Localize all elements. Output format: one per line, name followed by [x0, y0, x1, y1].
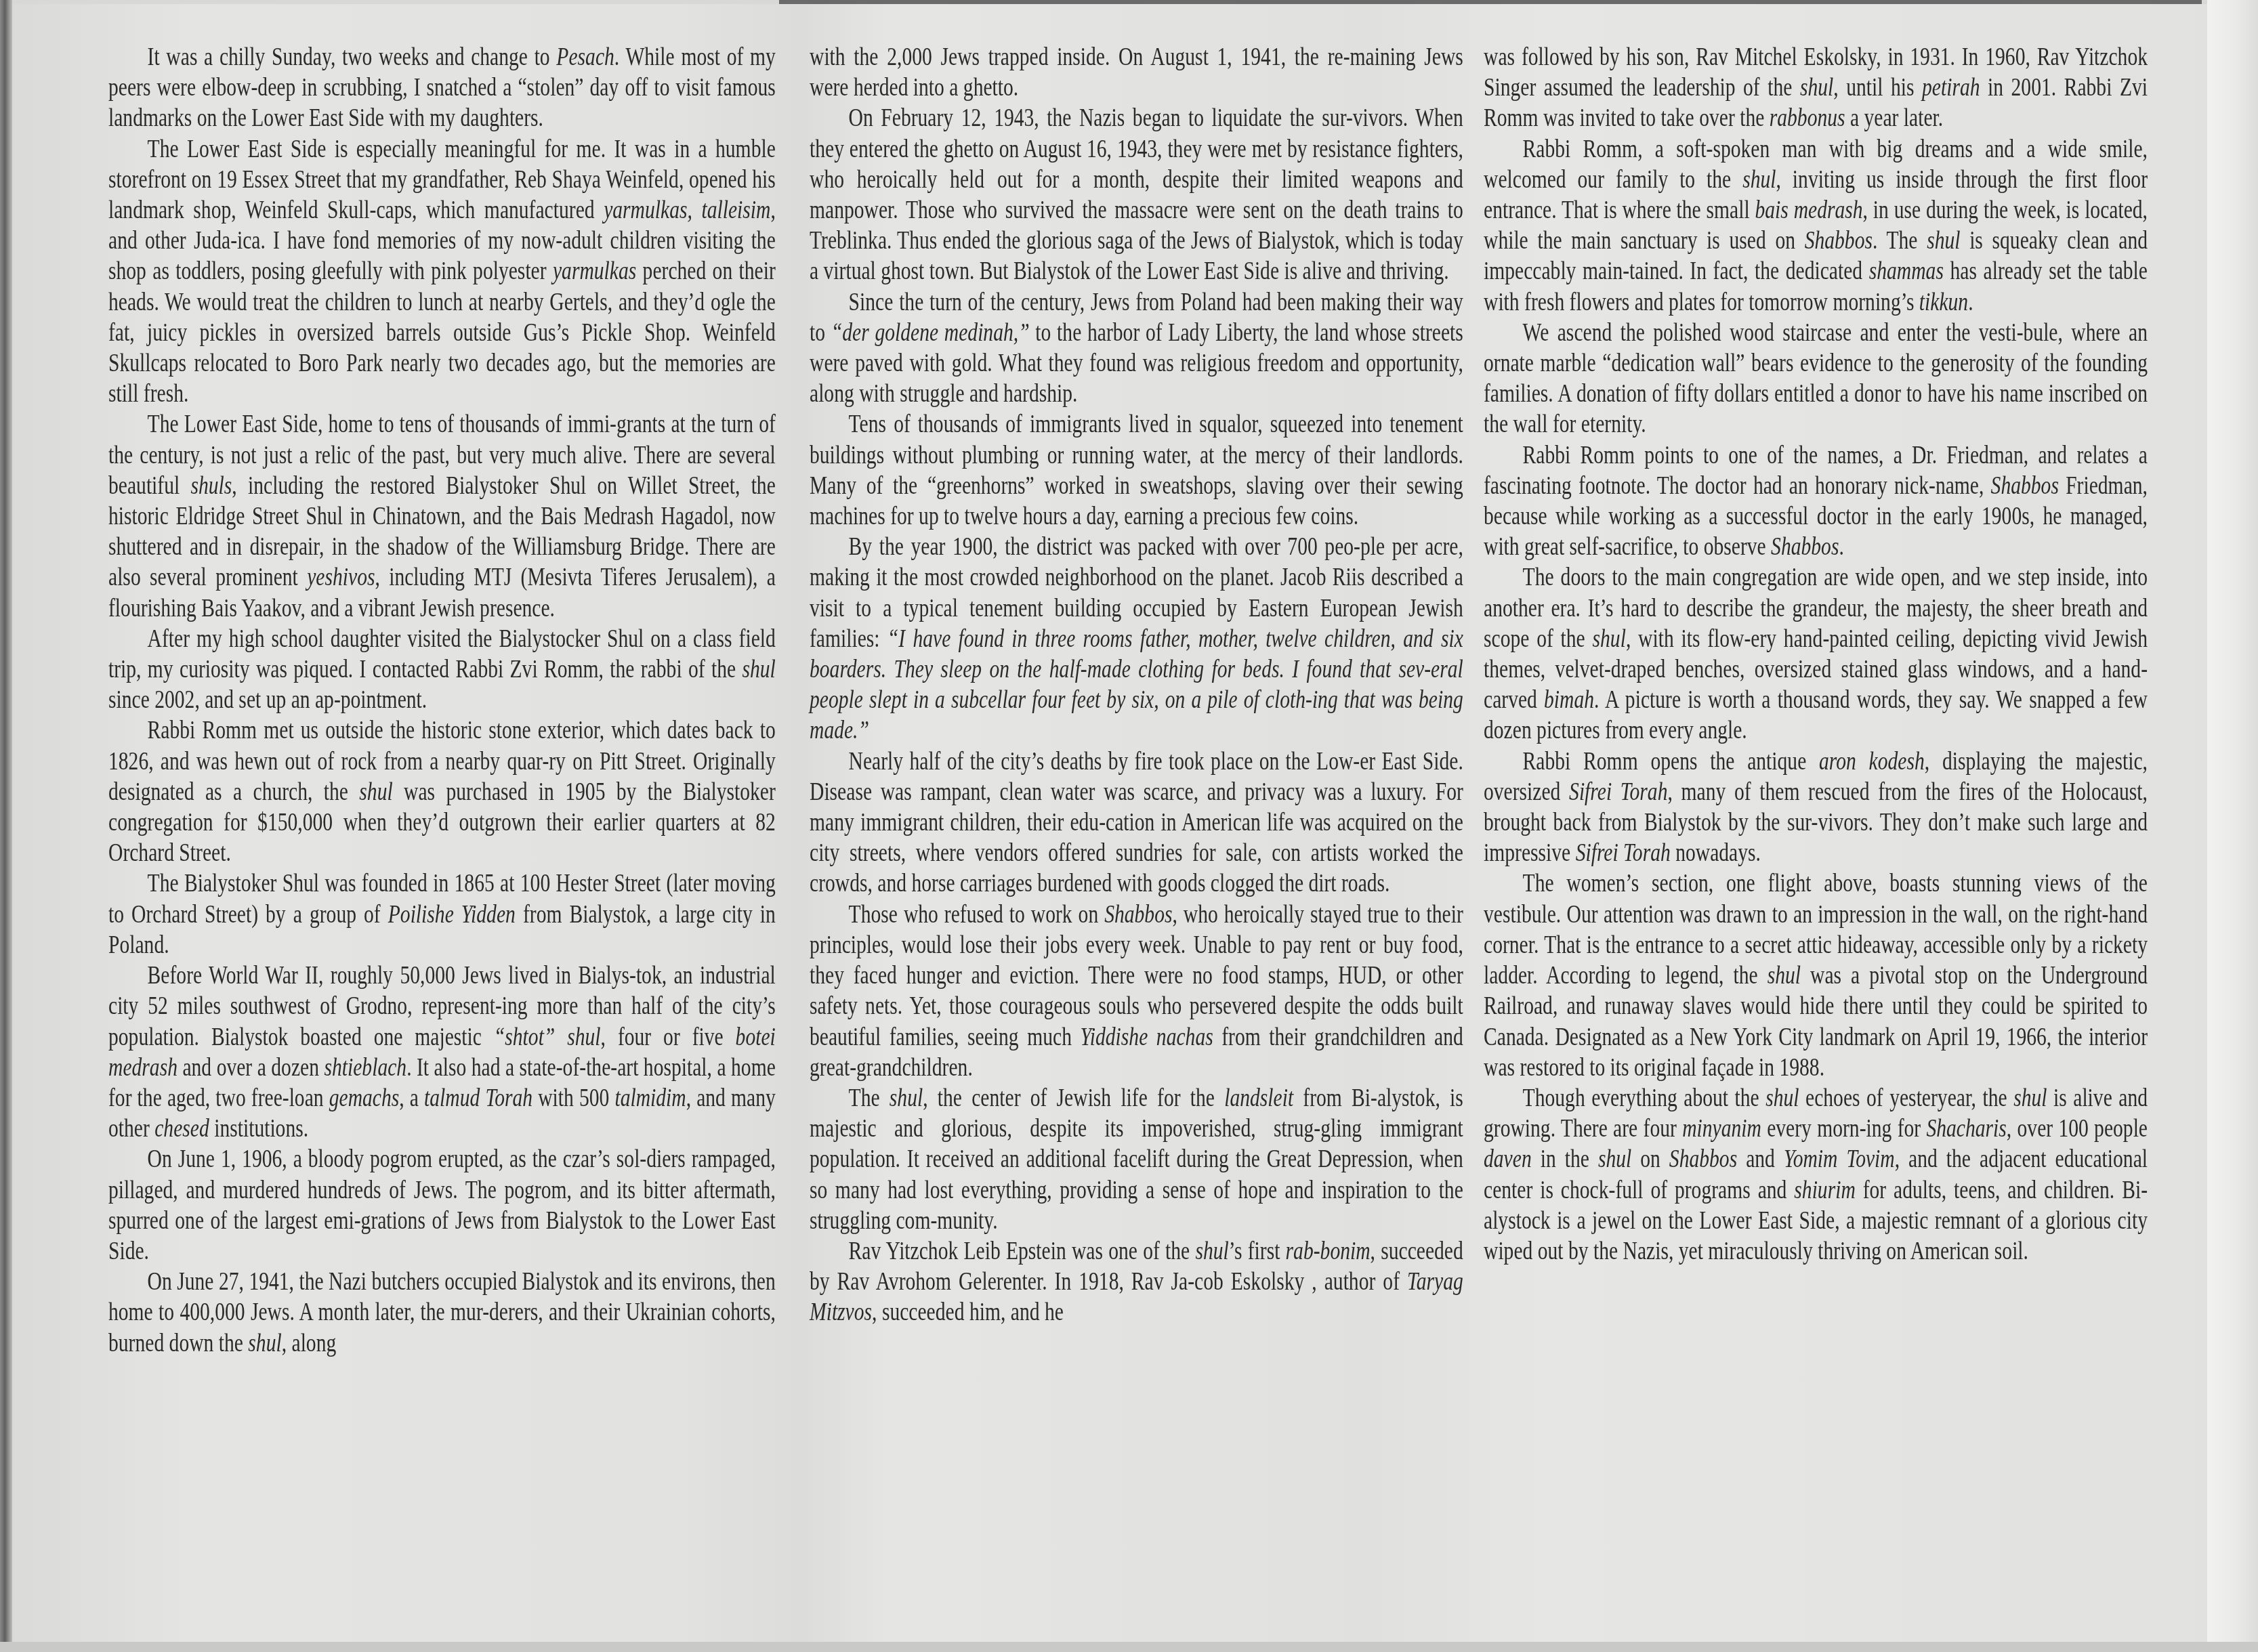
text-run: and — [1737, 1145, 1784, 1173]
italic-term: yeshivos — [307, 564, 375, 591]
article-column-2: with the 2,000 Jews trapped inside. On A… — [810, 42, 1463, 1328]
italic-term: “I have found in three rooms father, mot… — [810, 625, 1463, 745]
text-run: in the — [1532, 1145, 1598, 1173]
italic-term: bimah — [1544, 686, 1594, 714]
italic-term: shul — [742, 656, 775, 683]
text-run: Rav Yitzchok Leib Epstein was one of the — [849, 1237, 1196, 1265]
italic-term: shul — [1927, 227, 1960, 255]
italic-term: shul — [359, 778, 392, 806]
scan-left-edge — [0, 0, 12, 1652]
italic-term: gemachs — [329, 1084, 400, 1112]
italic-term: yarmulkas — [553, 257, 636, 285]
article-paragraph: The doors to the main congregation are w… — [1484, 562, 2148, 746]
italic-term: Yomim Tovim — [1784, 1145, 1895, 1173]
italic-term: Shabbos — [1771, 533, 1839, 561]
italic-term: “der goldene medinah,” — [831, 319, 1030, 347]
text-run: , a — [399, 1084, 424, 1112]
article-paragraph: On June 27, 1941, the Nazi butchers occu… — [108, 1267, 776, 1359]
article-paragraph: Since the turn of the century, Jews from… — [810, 287, 1463, 410]
text-run: , succeeded him, and he — [872, 1298, 1064, 1326]
text-run: Those who refused to work on — [849, 901, 1105, 929]
text-run: with 500 — [532, 1084, 614, 1112]
italic-term: landsleit — [1224, 1084, 1293, 1112]
text-run: , the center of Jewish life for the — [923, 1084, 1224, 1112]
text-run: We ascend the polished wood staircase an… — [1484, 319, 2148, 439]
article-paragraph: The Lower East Side is especially meanin… — [108, 134, 776, 410]
text-run: , until his — [1833, 74, 1922, 102]
italic-term: Shacharis — [1926, 1115, 2006, 1143]
text-run: and over a dozen — [177, 1054, 325, 1082]
italic-term: shul — [1195, 1237, 1228, 1265]
italic-term: “shtot” shul — [494, 1023, 601, 1051]
text-run: since 2002, and set up an ap-pointment. — [108, 686, 427, 714]
italic-term: minyanim — [1682, 1115, 1761, 1143]
text-run: institutions. — [209, 1115, 308, 1143]
italic-term: rabbonus — [1770, 104, 1845, 132]
italic-term: shul — [1768, 962, 1801, 990]
italic-term: Shabbos — [1991, 472, 2059, 500]
article-paragraph: After my high school daughter visited th… — [108, 624, 776, 716]
column-body: with the 2,000 Jews trapped inside. On A… — [810, 42, 1463, 1328]
italic-term: shul — [2013, 1084, 2047, 1112]
italic-term: shtieblach — [324, 1054, 406, 1082]
italic-term: Shabbos — [1805, 227, 1873, 255]
text-run: on — [1631, 1145, 1669, 1173]
text-run: . The — [1873, 227, 1927, 255]
italic-term: aron kodesh — [1819, 748, 1925, 776]
article-paragraph: By the year 1900, the district was packe… — [810, 532, 1463, 746]
text-run: , four or five — [601, 1023, 736, 1051]
text-run: ’s first — [1229, 1237, 1286, 1265]
article-paragraph: On June 1, 1906, a bloody pogrom erupted… — [108, 1144, 776, 1267]
text-run: Tens of thousands of immigrants lived in… — [810, 410, 1463, 530]
article-paragraph: Before World War II, roughly 50,000 Jews… — [108, 960, 776, 1144]
italic-term: shul — [1598, 1145, 1631, 1173]
text-run: . — [1839, 533, 1843, 561]
italic-term: petirah — [1922, 74, 1980, 102]
italic-term: shul — [1742, 166, 1776, 194]
article-column-1: It was a chilly Sunday, two weeks and ch… — [108, 42, 776, 1359]
article-paragraph: Nearly half of the city’s deaths by fire… — [810, 746, 1463, 899]
article-paragraph: Rabbi Romm opens the antique aron kodesh… — [1484, 746, 2148, 869]
italic-term: Sifrei Torah — [1569, 778, 1667, 806]
italic-term: Yiddishe nachas — [1081, 1023, 1213, 1051]
article-paragraph: It was a chilly Sunday, two weeks and ch… — [108, 42, 776, 134]
italic-term: Shabbos — [1669, 1145, 1737, 1173]
italic-term: shul — [1800, 74, 1833, 102]
article-paragraph: On February 12, 1943, the Nazis began to… — [810, 103, 1463, 287]
text-run: a year later. — [1845, 104, 1944, 132]
article-paragraph: The women’s section, one flight above, b… — [1484, 868, 2148, 1082]
article-paragraph: was followed by his son, Rav Mitchel Esk… — [1484, 42, 2148, 134]
article-paragraph: Rabbi Romm, a soft-spoken man with big d… — [1484, 134, 2148, 318]
italic-term: shuls — [190, 472, 232, 500]
text-run: On June 27, 1941, the Nazi butchers occu… — [108, 1268, 776, 1357]
italic-term: rab-bonim — [1286, 1237, 1371, 1265]
article-paragraph: Those who refused to work on Shabbos, wh… — [810, 899, 1463, 1083]
text-run: , over 100 people — [2007, 1115, 2148, 1143]
italic-term: Poilishe Yidden — [388, 901, 516, 929]
text-run: Rabbi Romm opens the antique — [1523, 748, 1819, 776]
text-run: On February 12, 1943, the Nazis began to… — [810, 104, 1463, 285]
article-paragraph: The Lower East Side, home to tens of tho… — [108, 409, 776, 623]
italic-term: talmud Torah — [424, 1084, 532, 1112]
text-run: On June 1, 1906, a bloody pogrom erupted… — [108, 1145, 776, 1265]
text-run: Though everything about the — [1523, 1084, 1766, 1112]
italic-term: shul — [248, 1330, 281, 1357]
column-body: was followed by his son, Rav Mitchel Esk… — [1484, 42, 2148, 1267]
article-paragraph: with the 2,000 Jews trapped inside. On A… — [810, 42, 1463, 103]
text-run: echoes of yesteryear, the — [1799, 1084, 2014, 1112]
scan-bottom-edge — [0, 1642, 2258, 1652]
text-run: , along — [282, 1330, 337, 1357]
italic-term: Shabbos — [1104, 901, 1172, 929]
article-paragraph: The shul, the center of Jewish life for … — [810, 1083, 1463, 1236]
italic-term: talmidim — [614, 1084, 686, 1112]
text-run: The — [849, 1084, 890, 1112]
scan-top-edge — [779, 0, 2202, 4]
article-paragraph: Though everything about the shul echoes … — [1484, 1083, 2148, 1267]
text-run: It was a chilly Sunday, two weeks and ch… — [148, 43, 557, 71]
italic-term: bais medrash — [1755, 196, 1863, 224]
text-run: Nearly half of the city’s deaths by fire… — [810, 748, 1463, 898]
article-paragraph: Rabbi Romm met us outside the historic s… — [108, 715, 776, 868]
italic-term: chesed — [154, 1115, 209, 1143]
italic-term: daven — [1484, 1145, 1532, 1173]
italic-term: shammas — [1869, 257, 1944, 285]
article-column-3: was followed by his son, Rav Mitchel Esk… — [1484, 42, 2148, 1267]
italic-term: Sifrei Torah — [1576, 839, 1671, 867]
italic-term: shul — [1593, 625, 1626, 653]
article-paragraph: Rabbi Romm points to one of the names, a… — [1484, 440, 2148, 563]
text-run: . — [1968, 289, 1973, 316]
italic-term: shul — [890, 1084, 923, 1112]
article-paragraph: Rav Yitzchok Leib Epstein was one of the… — [810, 1236, 1463, 1328]
text-run: every morn-ing for — [1761, 1115, 1927, 1143]
italic-term: tikkun — [1919, 289, 1968, 316]
text-run: with the 2,000 Jews trapped inside. On A… — [810, 43, 1463, 102]
scan-right-margin — [2207, 0, 2258, 1652]
italic-term: Pesach — [556, 43, 614, 71]
article-paragraph: The Bialystoker Shul was founded in 1865… — [108, 868, 776, 960]
article-paragraph: Tens of thousands of immigrants lived in… — [810, 409, 1463, 532]
text-run: After my high school daughter visited th… — [108, 625, 776, 683]
italic-term: shul — [1765, 1084, 1799, 1112]
article-paragraph: We ascend the polished wood staircase an… — [1484, 318, 2148, 440]
column-body: It was a chilly Sunday, two weeks and ch… — [108, 42, 776, 1359]
text-run: nowadays. — [1671, 839, 1761, 867]
italic-term: shiurim — [1794, 1177, 1855, 1204]
italic-term: yarmulkas, talleisim — [604, 196, 770, 224]
